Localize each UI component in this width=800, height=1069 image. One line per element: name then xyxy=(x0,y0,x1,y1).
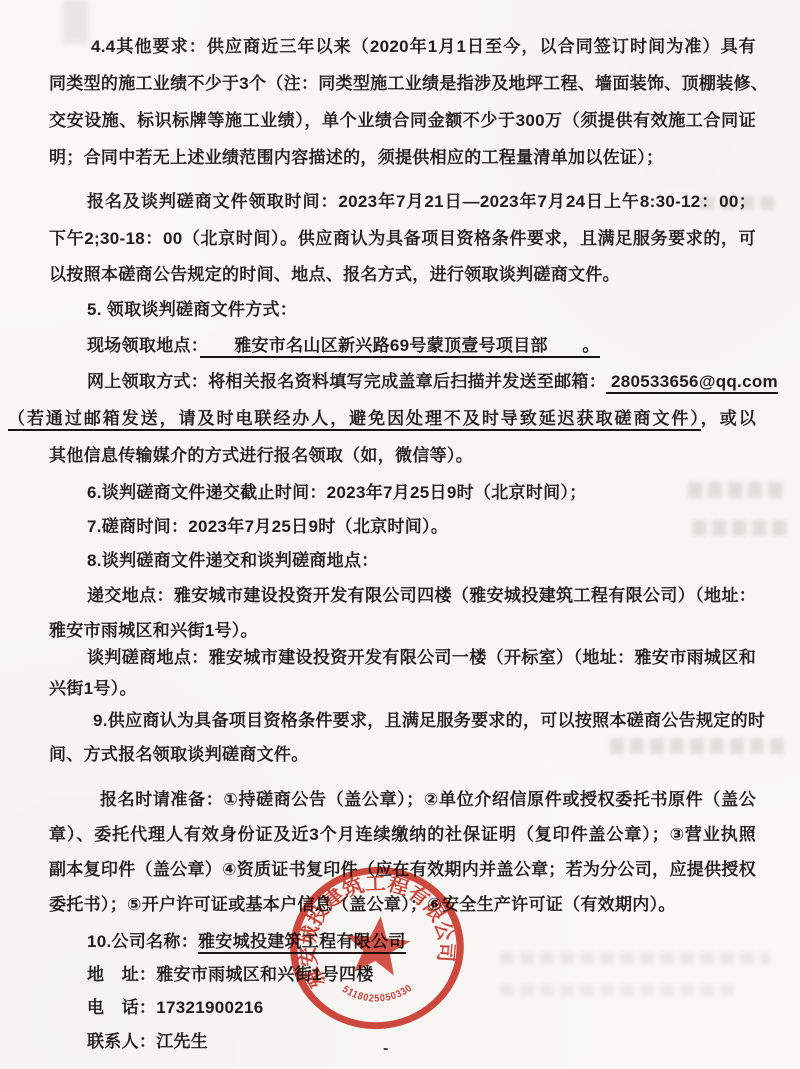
footer-page-mark: - xyxy=(383,1040,388,1058)
line-submit-location-1: 递交地点：雅安城市建设投资开发有限公司四楼（雅安城投建筑工程有限公司）（地址： xyxy=(49,583,756,609)
company-address-label: 地 址： xyxy=(87,965,156,984)
online-pickup-label: 网上领取方式：将相关报名资料填写完成盖章后扫描并发送至邮箱： xyxy=(87,372,606,391)
line-negotiation-location-1: 谈判磋商地点：雅安城市建设投资开发有限公司一楼（开标室）（地址：雅安市雨城区和 xyxy=(49,645,756,671)
section-8-title: 8.谈判磋商文件递交和谈判磋商地点： xyxy=(49,548,756,574)
company-contact-value: 江先生 xyxy=(156,1032,208,1051)
line-section-9-1: 9.供应商认为具备项目资格条件要求，且满足服务要求的，可以按照本磋商公告规定的时 xyxy=(49,708,756,734)
line-negotiation-location-2: 兴街1号）。 xyxy=(49,676,756,702)
line-other-requirements-2: 同类型的施工业绩不少于3个（注：同类型施工业绩是指涉及地坪工程、墙面装饰、顶棚装… xyxy=(49,71,756,97)
company-phone-value: 17321900216 xyxy=(156,998,263,1017)
line-other-requirements-4: 明；合同中若无上述业绩范围内容描述的，须提供相应的工程量清单加以佐证）； xyxy=(49,145,756,171)
company-contact-label: 联系人： xyxy=(87,1032,156,1051)
online-pickup-tail: ，或以 xyxy=(701,409,756,428)
online-pickup-email: 280533656@qq.com xyxy=(606,372,778,394)
line-onsite-pickup: 现场领取地点： 雅安市名山区新兴路69号蒙顶壹号项目部 。 xyxy=(49,333,756,359)
company-seal: 雅安城投建筑工程有限公司 5118025050330 xyxy=(273,844,482,1053)
line-online-pickup: 网上领取方式：将相关报名资料填写完成盖章后扫描并发送至邮箱： 280533656… xyxy=(49,369,756,395)
line-section-9-2: 间、方式报名领取谈判磋商文件。 xyxy=(49,742,756,768)
section-5-title: 5. 领取谈判磋商文件方式： xyxy=(49,297,756,323)
line-online-pickup-note: （若通过邮箱发送，请及时电联经办人，避免因处理不及时导致延迟获取磋商文件），或以 xyxy=(8,406,756,432)
line-pickup-time-3: 以按照本磋商公告规定的时间、地点、报名方式，进行领取谈判磋商文件。 xyxy=(49,262,756,288)
company-phone-label: 电 话： xyxy=(87,998,156,1017)
online-pickup-warning: （若通过邮箱发送，请及时电联经办人，避免因处理不及时导致延迟获取磋商文件） xyxy=(8,409,701,431)
line-other-requirements-1: 4.4其他要求：供应商近三年以来（2020年1月1日至今，以合同签订时间为准）具… xyxy=(49,34,756,60)
seal-code-text: 5118025050330 xyxy=(339,977,416,1009)
line-pickup-time-2: 下午2;30-18：00（北京时间）。供应商认为具备项目资格条件要求，且满足服务… xyxy=(49,226,756,252)
line-other-requirements-3: 交安设施、标识标牌等施工业绩），单个业绩合同金额不少于300万（须提供有效施工合… xyxy=(49,108,756,134)
company-name-label: 10.公司名称： xyxy=(87,932,198,951)
line-submit-location-2: 雅安市雨城区和兴街1号）。 xyxy=(49,618,756,644)
section-6-deadline: 6.谈判磋商文件递交截止时间：2023年7月25日9时（北京时间）； xyxy=(49,480,756,506)
line-prepare-1: 报名时请准备：①持磋商公告（盖公章）；②单位介绍信原件或授权委托书原件（盖公 xyxy=(49,787,756,813)
onsite-pickup-label: 现场领取地点： xyxy=(87,336,200,355)
section-7-time: 7.磋商时间：2023年7月25日9时（北京时间）。 xyxy=(49,514,756,540)
scanned-document-page: 4.4其他要求：供应商近三年以来（2020年1月1日至今，以合同签订时间为准）具… xyxy=(0,0,800,1069)
line-pickup-time-1: 报名及谈判磋商文件领取时间：2023年7月21日—2023年7月24日上午8:3… xyxy=(49,189,756,215)
line-prepare-2: 章）、委托代理人有效身份证及近3个月连续缴纳的社保证明（复印件盖公章）；③营业执… xyxy=(49,822,756,848)
seal-star-icon xyxy=(341,913,413,977)
onsite-pickup-value: 雅安市名山区新兴路69号蒙顶壹号项目部 。 xyxy=(200,336,600,358)
line-online-pickup-3: 其他信息传输媒介的方式进行报名领取（如，微信等）。 xyxy=(49,443,756,469)
